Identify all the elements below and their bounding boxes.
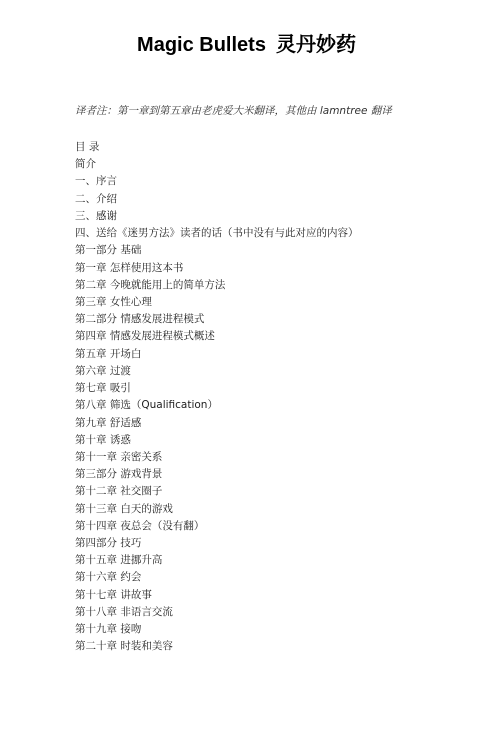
toc-item: 一、序言 (75, 173, 359, 190)
toc-chapter: 第八章 筛选（Qualification） (75, 397, 359, 414)
toc-item: 简介 (75, 156, 359, 173)
toc-chapter: 第十六章 约会 (75, 569, 359, 586)
title-chinese: 灵丹妙药 (276, 34, 356, 56)
document-title: Magic Bullets灵丹妙药 (0, 28, 493, 57)
table-of-contents: 目 录 简介 一、序言 二、介绍 三、感谢 四、送给《迷男方法》读者的话（书中没… (75, 139, 359, 656)
toc-chapter: 第十九章 接吻 (75, 621, 359, 638)
toc-chapter: 第五章 开场白 (75, 346, 359, 363)
toc-item: 四、送给《迷男方法》读者的话（书中没有与此对应的内容） (75, 225, 359, 242)
toc-chapter: 第七章 吸引 (75, 380, 359, 397)
toc-part: 第三部分 游戏背景 (75, 466, 359, 483)
toc-chapter: 第十四章 夜总会（没有翻） (75, 518, 359, 535)
toc-chapter: 第十八章 非语言交流 (75, 604, 359, 621)
translator-note: 译者注：第一章到第五章由老虎爱大米翻译，其他由 lamntree 翻译 (75, 103, 392, 118)
toc-part: 第一部分 基础 (75, 242, 359, 259)
toc-chapter: 第十一章 亲密关系 (75, 449, 359, 466)
toc-chapter: 第九章 舒适感 (75, 415, 359, 432)
toc-chapter: 第二章 今晚就能用上的简单方法 (75, 277, 359, 294)
toc-item: 二、介绍 (75, 191, 359, 208)
toc-chapter: 第十章 诱惑 (75, 432, 359, 449)
toc-part: 第二部分 情感发展进程模式 (75, 311, 359, 328)
toc-part: 第四部分 技巧 (75, 535, 359, 552)
toc-chapter: 第十五章 进挪升高 (75, 552, 359, 569)
toc-item: 三、感谢 (75, 208, 359, 225)
toc-chapter: 第十三章 白天的游戏 (75, 501, 359, 518)
toc-chapter: 第三章 女性心理 (75, 294, 359, 311)
title-english: Magic Bullets (137, 34, 266, 56)
toc-heading: 目 录 (75, 139, 359, 156)
toc-chapter: 第一章 怎样使用这本书 (75, 260, 359, 277)
toc-chapter: 第十七章 讲故事 (75, 587, 359, 604)
toc-chapter: 第六章 过渡 (75, 363, 359, 380)
toc-chapter: 第十二章 社交圈子 (75, 483, 359, 500)
toc-chapter: 第二十章 时装和美容 (75, 638, 359, 655)
toc-chapter: 第四章 情感发展进程模式概述 (75, 328, 359, 345)
